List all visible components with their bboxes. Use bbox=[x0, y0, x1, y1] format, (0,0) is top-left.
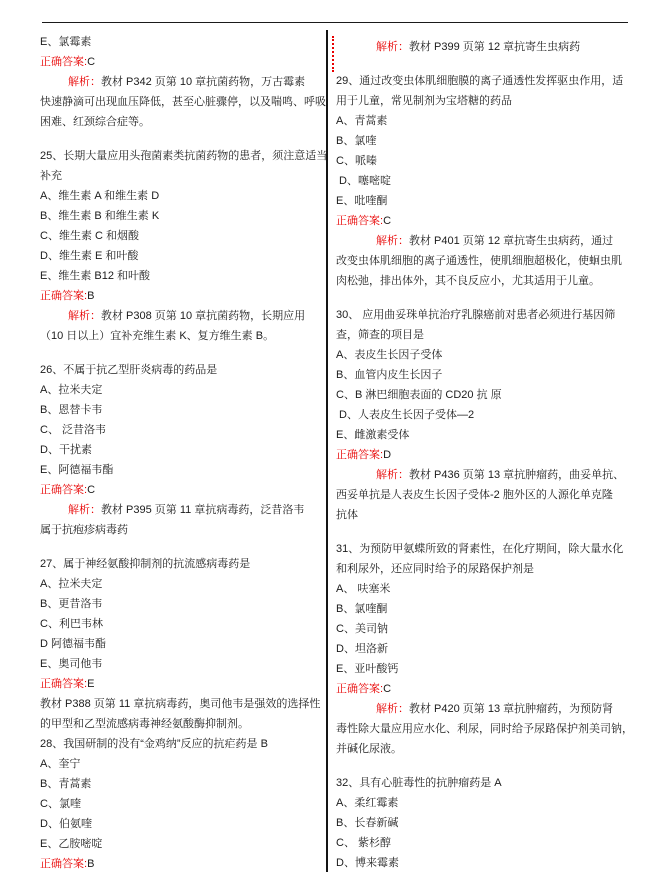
text-line: 抗体 bbox=[336, 505, 628, 525]
analysis-label: 解析： bbox=[68, 76, 101, 88]
text-line: 25、长期大量应用头孢菌素类抗菌药物的患者，须注意适当 bbox=[40, 146, 326, 166]
correct-answer-label: 正确答案: bbox=[336, 683, 383, 695]
text-line: B、氯喹酮 bbox=[336, 599, 628, 619]
text-line: E、亚叶酸钙 bbox=[336, 659, 628, 679]
correct-answer-value: D bbox=[383, 449, 391, 461]
text-line: 肉松弛，排出体外，其不良反应小，尤其适用于儿童。 bbox=[336, 271, 628, 291]
correct-answer-line: 正确答案:C bbox=[336, 679, 628, 699]
analysis-line: 解析：教材 P401 页第 12 章抗寄生虫病药，通过 bbox=[336, 231, 628, 251]
text-line: 困难、红颈综合症等。 bbox=[40, 112, 326, 132]
text-line: A、柔红霉素 bbox=[336, 793, 628, 813]
paragraph-gap bbox=[336, 525, 628, 539]
text-line: E、氯霉素 bbox=[40, 32, 326, 52]
paragraph-gap bbox=[40, 540, 326, 554]
text-line: 属于抗疱疹病毒药 bbox=[40, 520, 326, 540]
text-line: 改变虫体肌细胞的离子通透性，使肌细胞超极化，使蛔虫肌 bbox=[336, 251, 628, 271]
text-line: A、拉米夫定 bbox=[40, 574, 326, 594]
text-line: 32、具有心脏毒性的抗肿瘤药是 A bbox=[336, 773, 628, 793]
revision-mark bbox=[332, 36, 334, 72]
text-line: B、维生素 B 和维生素 K bbox=[40, 206, 326, 226]
text-line: D、干扰素 bbox=[40, 440, 326, 460]
text-line: 31、为预防甲氨蝶所致的肾素性，在化疗期间，除大量水化 bbox=[336, 539, 628, 559]
text-line: A、维生素 A 和维生素 D bbox=[40, 186, 326, 206]
text-line: D 阿德福韦酯 bbox=[40, 634, 326, 654]
text-line: B、氯喹 bbox=[336, 131, 628, 151]
analysis-text: 教材 P342 页第 10 章抗菌药物，万古霉素 bbox=[101, 76, 305, 88]
correct-answer-label: 正确答案: bbox=[40, 290, 87, 302]
text-line: B、长春新碱 bbox=[336, 813, 628, 833]
analysis-label: 解析： bbox=[376, 703, 409, 715]
correct-answer-value: C bbox=[87, 484, 95, 496]
text-line: C、B 淋巴细胞表面的 CD20 抗 原 bbox=[336, 385, 628, 405]
correct-answer-line: 正确答案:D bbox=[336, 445, 628, 465]
paragraph-gap bbox=[336, 57, 628, 71]
text-line: E、雌激素受体 bbox=[336, 425, 628, 445]
text-line: C、维生素 C 和烟酸 bbox=[40, 226, 326, 246]
correct-answer-label: 正确答案: bbox=[336, 449, 383, 461]
analysis-label: 解析： bbox=[68, 504, 101, 516]
paragraph-gap bbox=[40, 132, 326, 146]
text-line: E、维生素 B12 和叶酸 bbox=[40, 266, 326, 286]
paragraph-gap bbox=[336, 291, 628, 305]
analysis-label: 解析： bbox=[376, 41, 409, 53]
text-line: C、 紫杉醇 bbox=[336, 833, 628, 853]
text-line: 和利尿外，还应同时给予的尿路保护剂是 bbox=[336, 559, 628, 579]
text-line: E、乙胺嘧啶 bbox=[40, 834, 326, 854]
analysis-label: 解析： bbox=[376, 235, 409, 247]
text-line: 补充 bbox=[40, 166, 326, 186]
right-column: 解析：教材 P399 页第 12 章抗寄生虫病药29、通过改变虫体肌细胞膜的离子… bbox=[336, 37, 628, 873]
text-line: 毒性除大量应用应水化、利尿，同时给予尿路保护剂美司钠， bbox=[336, 719, 628, 739]
analysis-text: 教材 P399 页第 12 章抗寄生虫病药 bbox=[409, 41, 580, 53]
correct-answer-value: E bbox=[87, 678, 94, 690]
text-line: 用于儿童，常见制剂为宝塔糖的药品 bbox=[336, 91, 628, 111]
analysis-text: 教材 P420 页第 13 章抗肿瘤药，为预防肾 bbox=[409, 703, 613, 715]
text-line: C、利巴韦林 bbox=[40, 614, 326, 634]
correct-answer-value: C bbox=[383, 215, 391, 227]
text-line: D、人表皮生长因子受体—2 bbox=[336, 405, 628, 425]
correct-answer-label: 正确答案: bbox=[40, 858, 87, 870]
text-line: C、美司钠 bbox=[336, 619, 628, 639]
correct-answer-line: 正确答案:B bbox=[40, 286, 326, 306]
text-line: 26、不属于抗乙型肝炎病毒的药品是 bbox=[40, 360, 326, 380]
text-line: B、更昔洛韦 bbox=[40, 594, 326, 614]
text-line: （10 日以上）宜补充维生素 K、复方维生素 B。 bbox=[40, 326, 326, 346]
analysis-text: 教材 P395 页第 11 章抗病毒药，泛昔洛韦 bbox=[101, 504, 304, 516]
analysis-text: 教材 P308 页第 10 章抗菌药物，长期应用 bbox=[101, 310, 305, 322]
text-line: C、氯喹 bbox=[40, 794, 326, 814]
text-line: 的甲型和乙型流感病毒神经氨酸酶抑制剂。 bbox=[40, 714, 326, 734]
correct-answer-line: 正确答案:B bbox=[40, 854, 326, 874]
text-line: E、阿德福韦酯 bbox=[40, 460, 326, 480]
page: { "colors": { "accent_red": "#e80000", "… bbox=[0, 0, 650, 890]
text-line: D、伯氨喹 bbox=[40, 814, 326, 834]
correct-answer-value: B bbox=[87, 858, 94, 870]
correct-answer-value: C bbox=[383, 683, 391, 695]
paragraph-gap bbox=[336, 759, 628, 773]
correct-answer-label: 正确答案: bbox=[336, 215, 383, 227]
text-line: 28、我国研制的没有“金鸡纳”反应的抗疟药是 B bbox=[40, 734, 326, 754]
paragraph-gap bbox=[40, 346, 326, 360]
analysis-line: 解析：教材 P436 页第 13 章抗肿瘤药，曲妥单抗、 bbox=[336, 465, 628, 485]
analysis-line: 解析：教材 P342 页第 10 章抗菌药物，万古霉素 bbox=[40, 72, 326, 92]
page-top-rule bbox=[42, 22, 628, 23]
text-line: A、青蒿素 bbox=[336, 111, 628, 131]
analysis-line: 解析：教材 P399 页第 12 章抗寄生虫病药 bbox=[336, 37, 628, 57]
text-line: 29、通过改变虫体肌细胞膜的离子通透性发挥驱虫作用，适 bbox=[336, 71, 628, 91]
correct-answer-value: B bbox=[87, 290, 94, 302]
analysis-label: 解析： bbox=[376, 469, 409, 481]
text-line: B、青蒿素 bbox=[40, 774, 326, 794]
text-line: 30、 应用曲妥珠单抗治疗乳腺癌前对患者必须进行基因筛 bbox=[336, 305, 628, 325]
text-line: C、哌嗪 bbox=[336, 151, 628, 171]
text-line: 快速静滴可出现血压降低，甚至心脏骤停，以及喘鸣、呼吸 bbox=[40, 92, 326, 112]
correct-answer-line: 正确答案:C bbox=[40, 52, 326, 72]
text-line: C、 泛昔洛韦 bbox=[40, 420, 326, 440]
text-line: A、表皮生长因子受体 bbox=[336, 345, 628, 365]
analysis-label: 解析： bbox=[68, 310, 101, 322]
text-line: 西妥单抗是人表皮生长因子受体-2 胞外区的人源化单克隆 bbox=[336, 485, 628, 505]
text-line: B、血管内皮生长因子 bbox=[336, 365, 628, 385]
text-line: A、拉米夫定 bbox=[40, 380, 326, 400]
correct-answer-label: 正确答案: bbox=[40, 678, 87, 690]
text-line: 并碱化尿液。 bbox=[336, 739, 628, 759]
text-line: A、 呋塞米 bbox=[336, 579, 628, 599]
text-line: 27、属于神经氨酸抑制剂的抗流感病毒药是 bbox=[40, 554, 326, 574]
text-line: D、博来霉素 bbox=[336, 853, 628, 873]
text-line: A、奎宁 bbox=[40, 754, 326, 774]
text-line: D、维生素 E 和叶酸 bbox=[40, 246, 326, 266]
correct-answer-label: 正确答案: bbox=[40, 56, 87, 68]
text-line: B、恩替卡韦 bbox=[40, 400, 326, 420]
text-line: D、噻嘧啶 bbox=[336, 171, 628, 191]
correct-answer-line: 正确答案:C bbox=[336, 211, 628, 231]
analysis-line: 解析：教材 P395 页第 11 章抗病毒药，泛昔洛韦 bbox=[40, 500, 326, 520]
text-line: E、吡喹酮 bbox=[336, 191, 628, 211]
correct-answer-line: 正确答案:C bbox=[40, 480, 326, 500]
text-line: D、坦洛新 bbox=[336, 639, 628, 659]
text-line: 查，筛查的项目是 bbox=[336, 325, 628, 345]
analysis-text: 教材 P436 页第 13 章抗肿瘤药，曲妥单抗、 bbox=[409, 469, 624, 481]
text-line: 教材 P388 页第 11 章抗病毒药，奥司他韦是强效的选择性 bbox=[40, 694, 326, 714]
correct-answer-label: 正确答案: bbox=[40, 484, 87, 496]
analysis-line: 解析：教材 P308 页第 10 章抗菌药物，长期应用 bbox=[40, 306, 326, 326]
analysis-line: 解析：教材 P420 页第 13 章抗肿瘤药，为预防肾 bbox=[336, 699, 628, 719]
analysis-text: 教材 P401 页第 12 章抗寄生虫病药，通过 bbox=[409, 235, 613, 247]
text-line: E、奥司他韦 bbox=[40, 654, 326, 674]
left-column: E、氯霉素正确答案:C解析：教材 P342 页第 10 章抗菌药物，万古霉素快速… bbox=[40, 32, 326, 874]
correct-answer-value: C bbox=[87, 56, 95, 68]
correct-answer-line: 正确答案:E bbox=[40, 674, 326, 694]
